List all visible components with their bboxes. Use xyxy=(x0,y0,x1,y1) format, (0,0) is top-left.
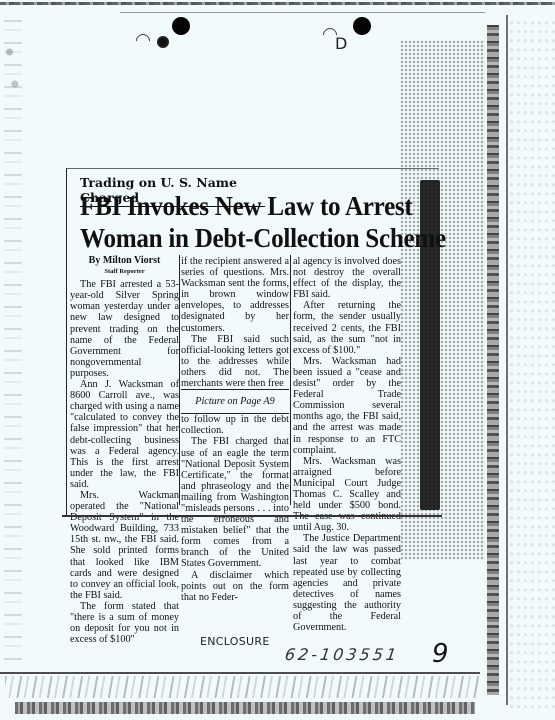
paragraph: The form stated that "there is a sum of … xyxy=(70,601,179,645)
paragraph: Mrs. Wacksman was arraigned before Munic… xyxy=(293,456,401,534)
punch-hole-right xyxy=(353,17,371,35)
scan-right-speckle xyxy=(510,20,555,710)
clipping-bottom-edge xyxy=(62,515,442,517)
paragraph: Mrs. Wackman operated the "National Depo… xyxy=(70,490,179,601)
paragraph: The FBI arrested a 53-year-old Silver Sp… xyxy=(70,279,179,379)
article-column-3: al agency is involved does not destroy t… xyxy=(293,256,401,633)
scan-right-line xyxy=(506,15,508,705)
paragraph: The FBI charged that use of an eagle the… xyxy=(181,436,289,569)
punch-hole-left xyxy=(172,17,190,35)
scan-left-noise xyxy=(4,20,22,660)
scan-bottom-rule xyxy=(0,672,480,674)
column-rule xyxy=(179,255,180,505)
main-headline: FBI Invokes New Law to Arrest Woman in D… xyxy=(80,190,446,254)
column-rule xyxy=(290,255,291,505)
scan-bottom-noise xyxy=(5,676,480,698)
byline: By Milton Viorst xyxy=(70,255,179,266)
byline-role: Staff Reporter xyxy=(70,266,179,277)
scan-right-band xyxy=(487,25,499,695)
article-column-2: if the recipient answered a series of qu… xyxy=(181,256,289,603)
paragraph: al agency is involved does not destroy t… xyxy=(293,256,401,300)
paragraph: to follow up in the debt collection. xyxy=(181,414,289,436)
headline-line-2: Woman in Debt-Collection Scheme xyxy=(80,222,446,254)
article-column-1: By Milton Viorst Staff Reporter The FBI … xyxy=(70,255,179,645)
handwritten-serial: 9 xyxy=(432,639,449,669)
picture-reference-box: Picture on Page A9 xyxy=(181,389,289,414)
headline-line-1: FBI Invokes New Law to Arrest xyxy=(80,190,446,222)
paragraph: The FBI said such official-looking lette… xyxy=(181,334,289,389)
scan-top-line xyxy=(120,12,485,13)
paragraph: Ann J. Wacksman of 8600 Carroll ave., wa… xyxy=(70,379,179,490)
enclosure-stamp: ENCLOSURE xyxy=(200,635,270,648)
paragraph: Mrs. Wacksman had been issued a "cease a… xyxy=(293,356,401,456)
scan-bottom-band xyxy=(15,702,475,714)
handwritten-file-number: 62-103551 xyxy=(284,645,401,664)
margin-arc-mark xyxy=(133,31,153,51)
paragraph: The Justice Department said the law was … xyxy=(293,533,401,633)
paragraph: A disclaimer which points out on the for… xyxy=(181,570,289,603)
punch-hole-small xyxy=(157,36,169,48)
margin-letter-mark: D xyxy=(335,34,347,53)
paragraph: if the recipient answered a series of qu… xyxy=(181,256,289,334)
paragraph: After returning the form, the sender usu… xyxy=(293,300,401,355)
scan-top-edge xyxy=(0,2,555,5)
